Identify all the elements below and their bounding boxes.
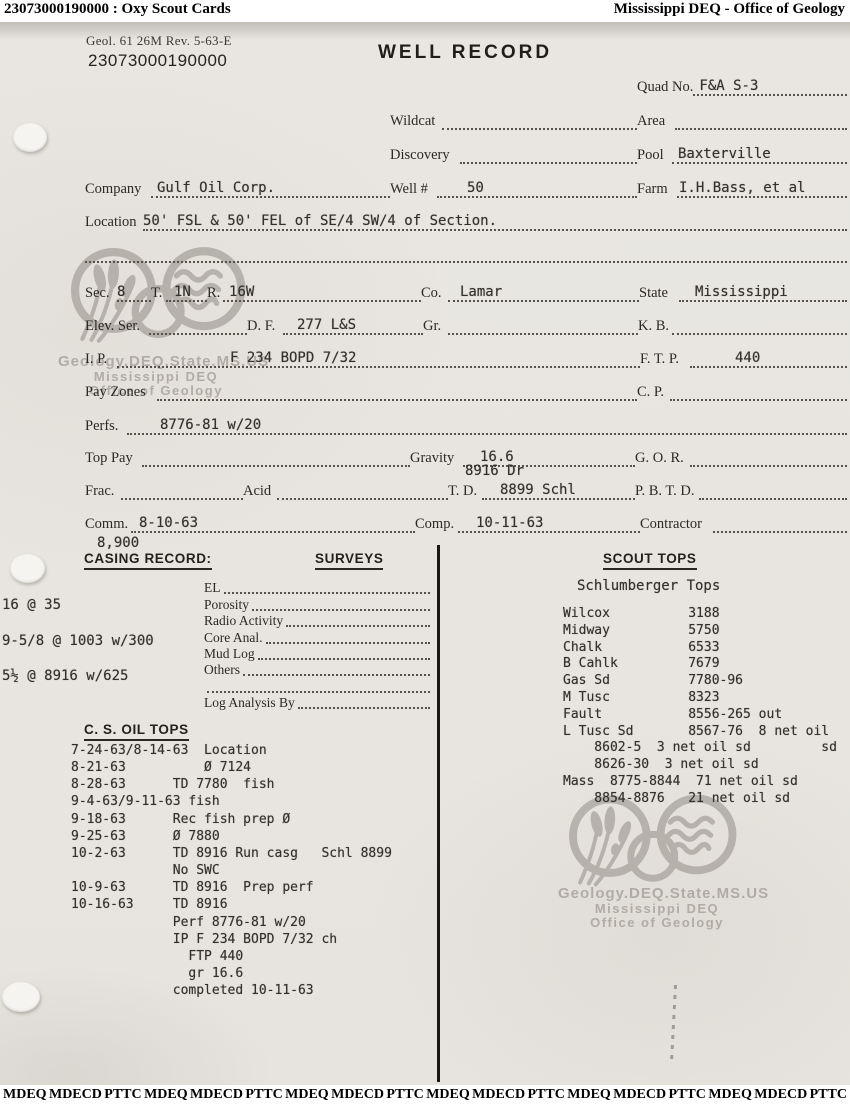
dotted-line	[121, 479, 243, 500]
scout-tops-subtitle: Schlumberger Tops	[577, 578, 720, 594]
field-row-discovery-pool: Discovery Pool Baxterville	[390, 143, 847, 164]
scout-card-viewer: 23073000190000 : Oxy Scout Cards Mississ…	[0, 0, 850, 1105]
cs-oil-tops-line: 9-18-63 Rec fish prep Ø	[71, 811, 392, 828]
viewer-footer: MDEQMDECDPTTCMDEQMDECDPTTCMDEQMDECDPTTCM…	[0, 1085, 850, 1105]
cs-oil-tops-list: 7-24-63/8-14-63 Location8-21-63 Ø 71248-…	[71, 742, 392, 999]
dotted-line	[224, 592, 431, 594]
scout-top-line: 8626-30 3 net oil sd	[563, 757, 837, 774]
field-label: Pay Zones	[85, 384, 157, 401]
dotted-line: 8776-81 w/20	[127, 414, 847, 435]
survey-label: Radio Activity	[204, 613, 286, 629]
field-label: R.	[207, 285, 223, 302]
field-location: Location 50' FSL & 50' FEL of SE/4 SW/4 …	[85, 210, 847, 231]
dotted-line: 50' FSL & 50' FEL of SE/4 SW/4 of Sectio…	[143, 210, 847, 231]
cs-oil-tops-line: Perf 8776-81 w/20	[71, 914, 392, 931]
field-label: Farm	[637, 181, 677, 198]
field-value: 50	[467, 180, 484, 196]
dotted-line: Lamar	[448, 281, 639, 302]
field-label: Wildcat	[390, 113, 442, 130]
survey-row: Porosity	[204, 596, 430, 612]
casing-entry: 9-5/8 @ 1003 w/300	[2, 624, 154, 660]
dotted-line	[157, 380, 637, 401]
dotted-line: Baxterville	[672, 143, 847, 164]
survey-row: Core Anal.	[204, 629, 430, 645]
cs-oil-tops-line: 8-21-63 Ø 7124	[71, 759, 392, 776]
watermark-line: Geology.DEQ.State.MS.US	[558, 886, 756, 902]
column-divider-line	[437, 545, 440, 1082]
cs-oil-tops-line: 9-25-63 Ø 7880	[71, 828, 392, 845]
ink-smudge	[670, 985, 677, 1063]
scout-top-line: Chalk 6533	[563, 640, 837, 657]
watermark-line: Office of Geology	[558, 916, 756, 930]
dotted-line: 1N	[166, 281, 207, 302]
footer-token: PTTC	[104, 1087, 141, 1103]
form-ref-number: Geol. 61 26M Rev. 5-63-E	[86, 33, 232, 49]
field-label: Location	[85, 214, 143, 231]
dotted-line	[442, 109, 637, 130]
footer-token: MDECD	[613, 1087, 666, 1103]
field-row-payzones-cp: Pay Zones C. P.	[85, 380, 847, 401]
field-label: K. B.	[638, 318, 672, 335]
dotted-line	[286, 625, 430, 627]
footer-token: MDEQ	[144, 1087, 188, 1103]
field-label: Perfs.	[85, 418, 127, 435]
survey-label: EL	[204, 580, 224, 596]
footer-token: PTTC	[669, 1087, 706, 1103]
footer-token: PTTC	[245, 1087, 282, 1103]
dotted-line	[675, 109, 847, 130]
field-row-sec-t-r-co-state: Sec. 8 T. 1N R. 16W Co. Lamar State Miss…	[85, 281, 847, 302]
field-label: Comm.	[85, 516, 131, 533]
dotted-line: 10-11-63	[458, 512, 640, 533]
survey-row: Log Analysis By	[204, 695, 430, 711]
footer-token: PTTC	[527, 1087, 564, 1103]
watermark-text: Geology.DEQ.State.MS.US Mississippi DEQ …	[558, 886, 756, 930]
dotted-line	[277, 479, 448, 500]
cs-oil-tops-line: 9-4-63/9-11-63 fish	[71, 793, 392, 810]
dotted-line	[690, 446, 847, 467]
survey-label: Log Analysis By	[204, 695, 298, 711]
field-label: Top Pay	[85, 450, 142, 467]
field-label: Well #	[390, 181, 437, 198]
field-label: I. P.	[85, 351, 117, 368]
scout-tops-list: Wilcox 3188Midway 5750Chalk 6533B Cahlk …	[563, 606, 837, 808]
header-title-right: Mississippi DEQ - Office of Geology	[614, 1, 845, 18]
survey-label: Core Anal.	[204, 630, 266, 646]
field-value: Baxterville	[678, 146, 771, 162]
scout-top-line: L Tusc Sd 8567-76 8 net oil	[563, 724, 837, 741]
survey-row: Radio Activity	[204, 613, 430, 629]
surveys-list: EL Porosity Radio Activity Core Anal. Mu…	[204, 580, 430, 711]
dotted-line: 277 L&S	[283, 314, 423, 335]
watermark-line: Mississippi DEQ	[558, 902, 756, 916]
cs-oil-tops-line: 10-16-63 TD 8916	[71, 896, 392, 913]
cs-oil-tops-line: 10-9-63 TD 8916 Prep perf	[71, 879, 392, 896]
cs-oil-tops-heading: C. S. OIL TOPS	[84, 722, 189, 741]
scout-top-line: Mass 8775-8844 71 net oil sd	[563, 774, 837, 791]
header-title-left: 23073000190000 : Oxy Scout Cards	[4, 1, 231, 18]
footer-token: MDEQ	[567, 1087, 611, 1103]
cs-oil-tops-line: 7-24-63/8-14-63 Location	[71, 742, 392, 759]
dotted-line: F 234 BOPD 7/32	[117, 347, 640, 368]
footer-token: MDECD	[49, 1087, 102, 1103]
dotted-line: 440	[690, 347, 847, 368]
dotted-line: I.H.Bass, et al	[677, 177, 847, 198]
field-label: Discovery	[390, 147, 460, 164]
field-label: T.	[151, 285, 166, 302]
field-value: 1N	[174, 284, 191, 300]
dotted-line	[670, 380, 847, 401]
cs-oil-tops-line: No SWC	[71, 862, 392, 879]
dotted-line: 50	[437, 177, 637, 198]
field-value: 16W	[229, 284, 254, 300]
dotted-line	[243, 674, 430, 676]
dotted-line: 8	[117, 281, 151, 302]
scout-top-line: Fault 8556-265 out	[563, 707, 837, 724]
comm-depth-note: 8,900	[97, 535, 139, 551]
field-row-ip-ftp: I. P. F 234 BOPD 7/32 F. T. P. 440	[85, 347, 847, 368]
field-label: T. D.	[448, 483, 482, 500]
field-label: G. O. R.	[635, 450, 690, 467]
field-value: 8-10-63	[139, 515, 198, 531]
footer-token: MDECD	[190, 1087, 243, 1103]
punch-hole	[13, 123, 47, 152]
cs-oil-tops-line: IP F 234 BOPD 7/32 ch	[71, 931, 392, 948]
field-label: Comp.	[415, 516, 458, 533]
dotted-line	[149, 314, 247, 335]
dotted-line	[713, 512, 847, 533]
dotted-line	[252, 609, 430, 611]
field-label: Pool	[637, 147, 672, 164]
footer-token: MDEQ	[3, 1087, 47, 1103]
survey-row	[204, 678, 430, 694]
field-value: 8	[117, 284, 125, 300]
dotted-line: 8-10-63	[131, 512, 415, 533]
scout-top-line: M Tusc 8323	[563, 690, 837, 707]
field-label: C. P.	[637, 384, 670, 401]
casing-record-entries: 16 @ 359-5/8 @ 1003 w/3005½ @ 8916 w/625	[2, 588, 154, 695]
field-label: Contractor	[640, 516, 713, 533]
field-value: I.H.Bass, et al	[679, 180, 805, 196]
field-label: Gr.	[423, 318, 448, 335]
dotted-line: 16W	[223, 281, 421, 302]
casing-record-heading: CASING RECORD:	[84, 551, 212, 570]
field-label: F. T. P.	[640, 351, 690, 368]
field-label: Quad No.	[637, 79, 693, 96]
field-row-comm-comp-contractor: Comm. 8-10-63 Comp. 10-11-63 Contractor	[85, 512, 847, 533]
field-value: Mississippi	[695, 284, 788, 300]
field-value: F&A S-3	[699, 78, 758, 94]
dotted-line	[448, 314, 638, 335]
scout-top-line: Midway 5750	[563, 623, 837, 640]
footer-token: PTTC	[386, 1087, 423, 1103]
survey-row: Others	[204, 662, 430, 678]
dotted-line	[298, 707, 430, 709]
td-driller-note: 8916 Dr	[465, 463, 524, 479]
field-label: Acid	[243, 483, 277, 500]
scanned-well-record: Geology.DEQ.State.MS.US Mississippi DEQ …	[0, 22, 850, 1085]
field-label: D. F.	[247, 318, 283, 335]
field-label: Company	[85, 181, 151, 198]
scout-top-line: B Cahlk 7679	[563, 656, 837, 673]
field-value: 440	[735, 350, 760, 366]
dotted-line: 8899 Schl	[482, 479, 635, 500]
punch-hole	[10, 554, 45, 583]
cs-oil-tops-line: FTP 440	[71, 948, 392, 965]
dotted-line	[258, 658, 430, 660]
field-value: F 234 BOPD 7/32	[230, 350, 356, 366]
dotted-line	[207, 691, 430, 693]
footer-token: MDEQ	[708, 1087, 752, 1103]
dotted-line	[142, 446, 410, 467]
field-row-elev-df-gr-kb: Elev. Ser. D. F. 277 L&S Gr. K. B.	[85, 314, 847, 335]
field-label: Frac.	[85, 483, 121, 500]
footer-token: MDECD	[472, 1087, 525, 1103]
field-label: Area	[637, 113, 675, 130]
cs-oil-tops-line: completed 10-11-63	[71, 982, 392, 999]
surveys-heading: SURVEYS	[315, 551, 383, 570]
casing-entry: 16 @ 35	[2, 588, 154, 624]
field-value: 8899 Schl	[500, 482, 576, 498]
scout-top-line: Wilcox 3188	[563, 606, 837, 623]
punch-hole	[2, 982, 40, 1012]
field-perfs: Perfs. 8776-81 w/20	[85, 414, 847, 435]
field-label: P. B. T. D.	[635, 483, 699, 500]
field-label: Gravity	[410, 450, 463, 467]
mdeq-logo-watermark-icon	[552, 795, 757, 887]
cs-oil-tops-line: 8-28-63 TD 7780 fish	[71, 776, 392, 793]
form-title: WELL RECORD	[378, 42, 552, 64]
cs-oil-tops-line: gr 16.6	[71, 965, 392, 982]
footer-token: MDEQ	[285, 1087, 329, 1103]
field-label: Elev. Ser.	[85, 318, 149, 335]
footer-token: MDEQ	[426, 1087, 470, 1103]
field-location-continued	[85, 242, 847, 263]
field-value: 8776-81 w/20	[160, 417, 261, 433]
dotted-line	[266, 642, 431, 644]
field-value: Lamar	[460, 284, 502, 300]
survey-row: EL	[204, 580, 430, 596]
field-value: 50' FSL & 50' FEL of SE/4 SW/4 of Sectio…	[143, 213, 497, 229]
scout-top-line: Gas Sd 7780-96	[563, 673, 837, 690]
api-well-number: 23073000190000	[88, 51, 227, 71]
casing-entry: 5½ @ 8916 w/625	[2, 659, 154, 695]
field-quad-no: Quad No. F&A S-3	[637, 75, 847, 96]
footer-token: PTTC	[810, 1087, 847, 1103]
field-row-company-well-farm: Company Gulf Oil Corp. Well # 50 Farm I.…	[85, 177, 847, 198]
field-row-frac-acid-td-pbtd: Frac. Acid T. D. 8899 Schl P. B. T. D.	[85, 479, 847, 500]
scout-top-line: 8854-8876 21 net oil sd	[563, 791, 837, 808]
field-label: Sec.	[85, 285, 117, 302]
dotted-line	[85, 242, 847, 263]
dotted-line	[672, 314, 847, 335]
field-label: State	[639, 285, 679, 302]
survey-label: Others	[204, 662, 243, 678]
dotted-line: Gulf Oil Corp.	[151, 177, 390, 198]
survey-label: Porosity	[204, 597, 252, 613]
cs-oil-tops-line: 10-2-63 TD 8916 Run casg Schl 8899	[71, 845, 392, 862]
dotted-line	[460, 143, 637, 164]
footer-token: MDECD	[754, 1087, 807, 1103]
footer-token: MDECD	[331, 1087, 384, 1103]
scout-tops-heading: SCOUT TOPS	[603, 551, 697, 570]
field-value: 277 L&S	[297, 317, 356, 333]
dotted-line: F&A S-3	[693, 75, 847, 96]
scout-top-line: 8602-5 3 net oil sd sd	[563, 740, 837, 757]
field-label: Co.	[421, 285, 448, 302]
dotted-line	[699, 479, 847, 500]
field-row-wildcat-area: Wildcat Area	[390, 109, 847, 130]
survey-row: Mud Log	[204, 646, 430, 662]
field-value: 10-11-63	[476, 515, 543, 531]
survey-label: Mud Log	[204, 646, 258, 662]
dotted-line: Mississippi	[679, 281, 847, 302]
viewer-header: 23073000190000 : Oxy Scout Cards Mississ…	[0, 0, 850, 22]
field-value: Gulf Oil Corp.	[157, 180, 275, 196]
